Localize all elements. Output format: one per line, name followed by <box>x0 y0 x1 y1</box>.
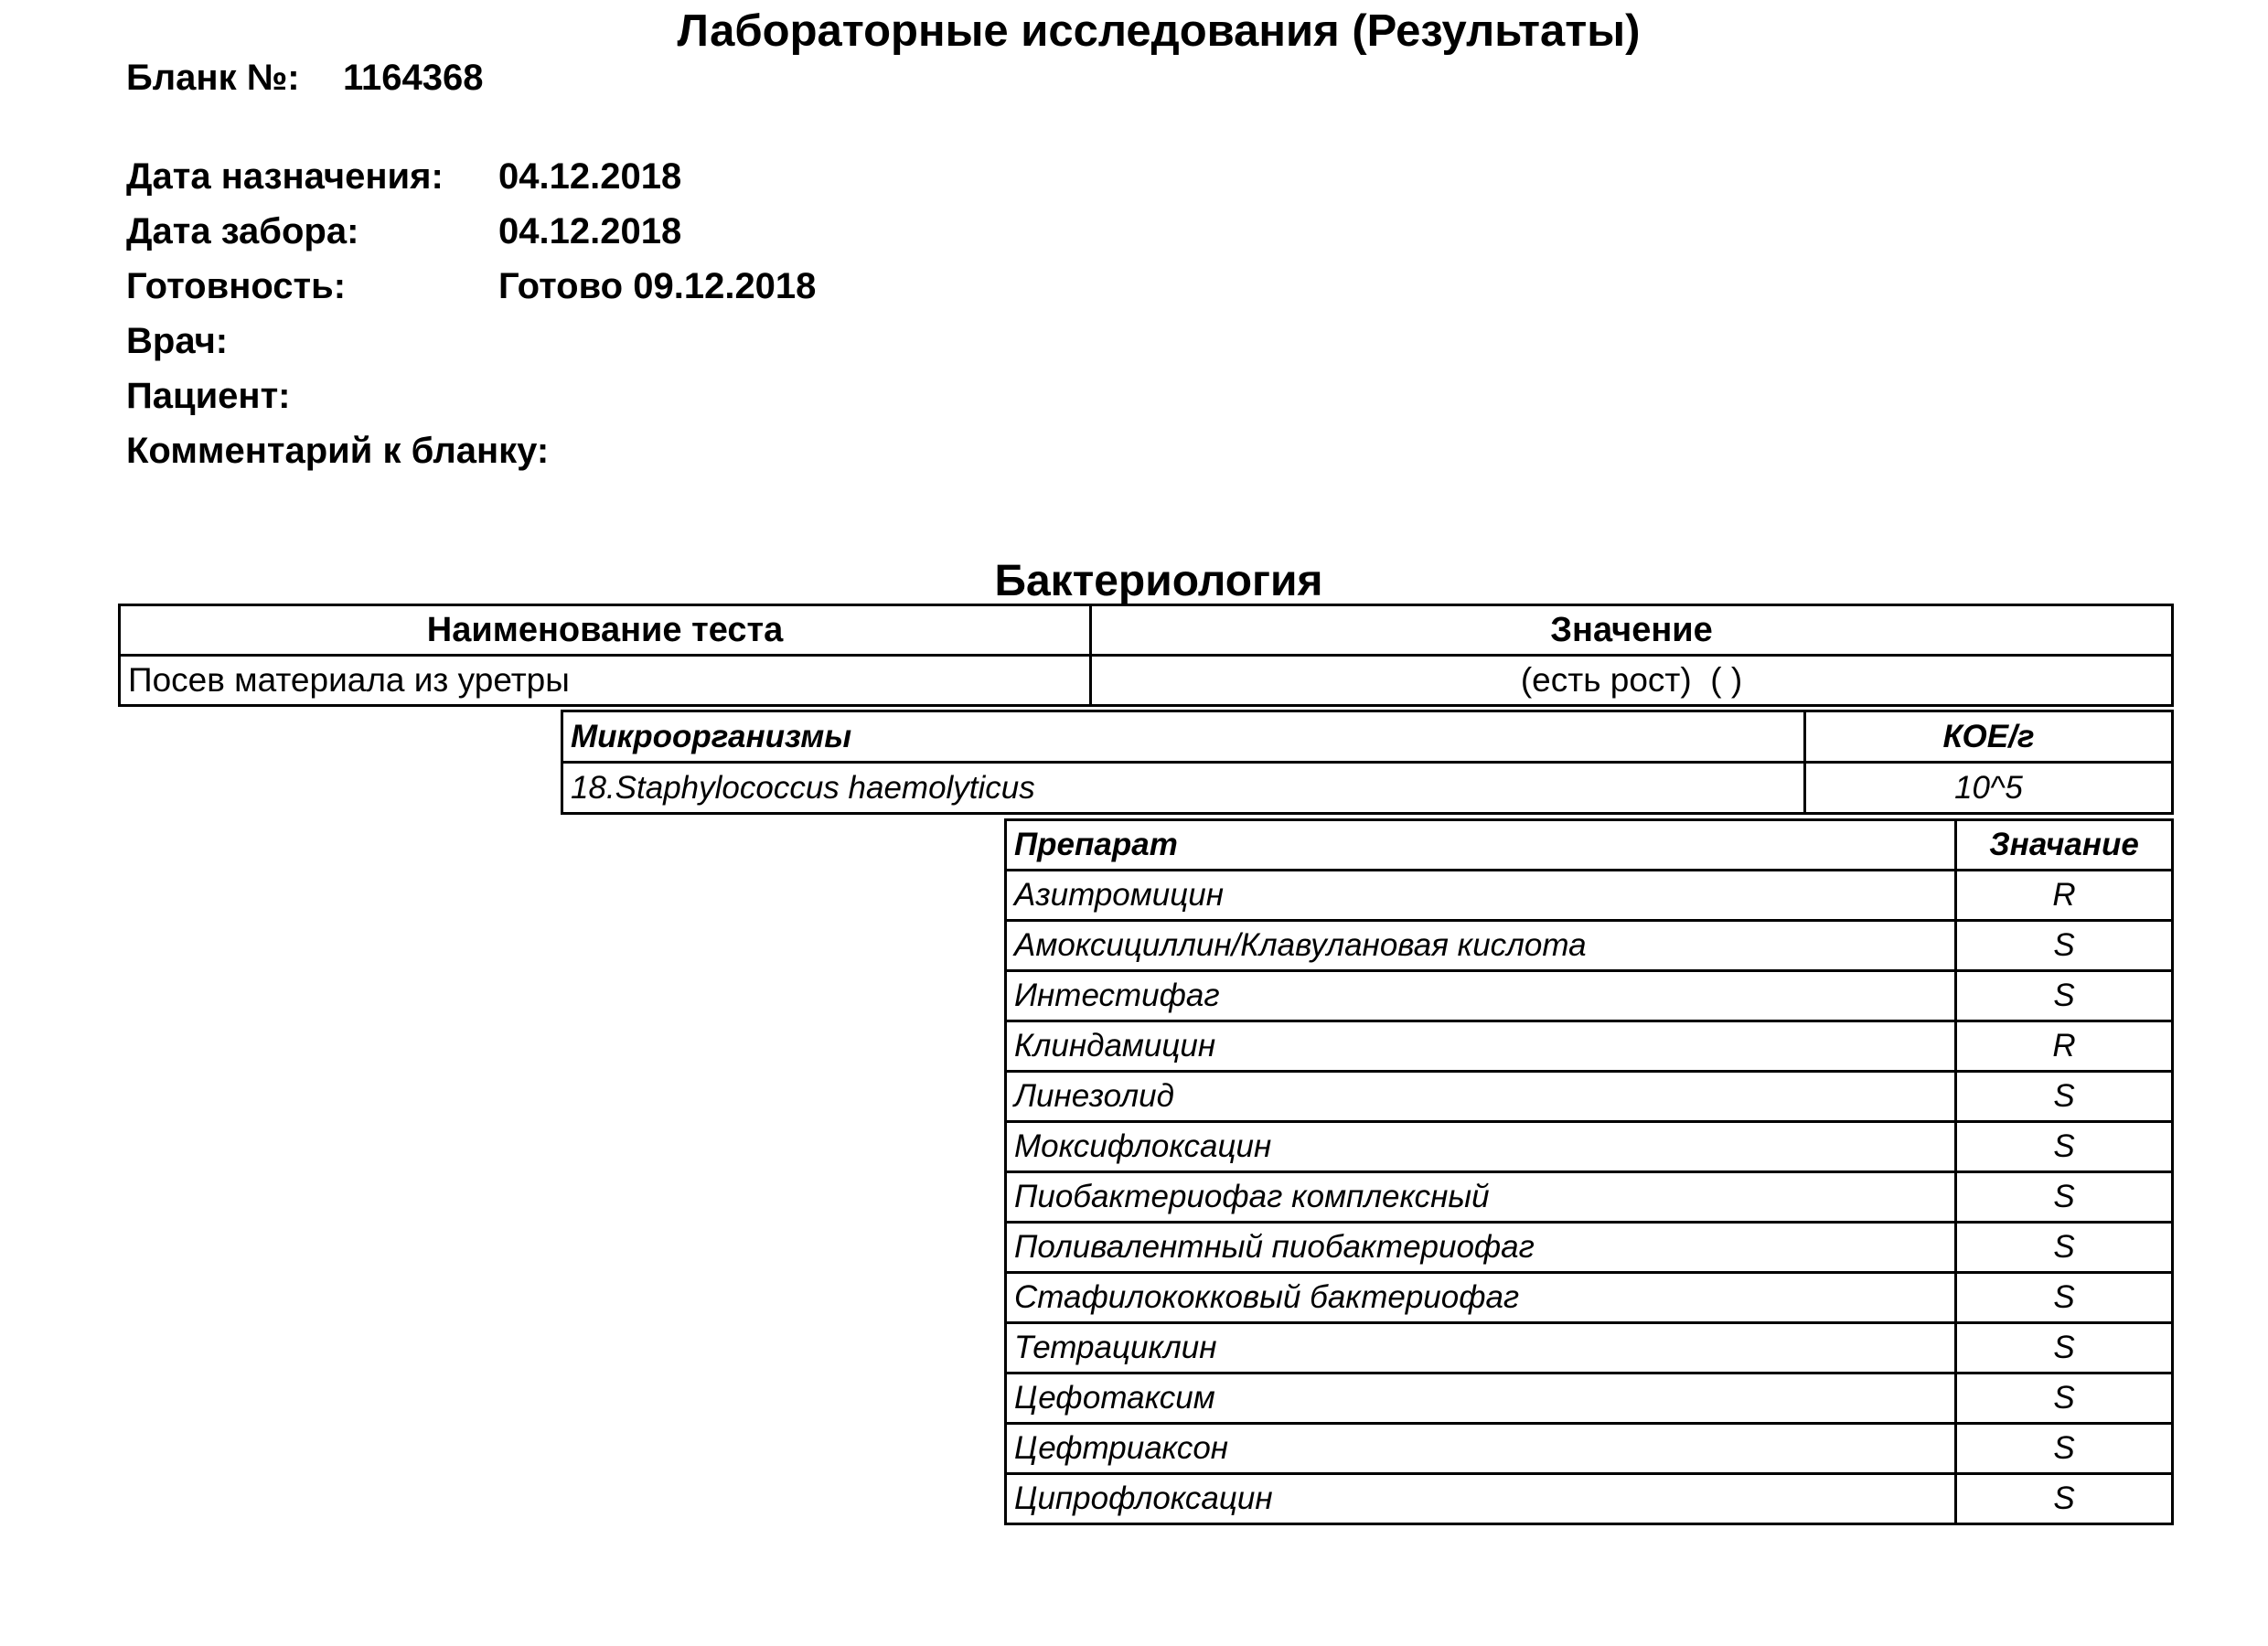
test-value: (есть рост) ( ) <box>1091 656 2173 706</box>
blank-number-value: 1164368 <box>343 55 484 101</box>
susceptibility-result: R <box>1956 871 2173 921</box>
patient-label: Пациент: <box>126 373 291 419</box>
susceptibility-result: S <box>1956 1474 2173 1524</box>
susceptibility-result: S <box>1956 1323 2173 1373</box>
drug-name: Цефтриаксон <box>1006 1424 1956 1474</box>
drug-name: Поливалентный пиобактериофаг <box>1006 1223 1956 1273</box>
column-header-value: Значение <box>1091 605 2173 656</box>
test-table: Наименование теста Значение Посев матери… <box>118 604 2174 707</box>
table-row: ИнтестифагS <box>1006 971 2173 1021</box>
table-row: ЛинезолидS <box>1006 1072 2173 1122</box>
microorganism-table-header: Микроорганизмы КОЕ/г <box>562 711 2173 763</box>
drug-name: Клиндамицин <box>1006 1021 1956 1072</box>
table-row: МоксифлоксацинS <box>1006 1122 2173 1172</box>
susceptibility-result: R <box>1956 1021 2173 1072</box>
readiness-value: Готово 09.12.2018 <box>498 263 816 309</box>
drug-name: Моксифлоксацин <box>1006 1122 1956 1172</box>
susceptibility-result: S <box>1956 1072 2173 1122</box>
doctor-label: Врач: <box>126 318 228 364</box>
table-row: 18.Staphylococcus haemolyticus 10^5 <box>562 763 2173 814</box>
table-row: КлиндамицинR <box>1006 1021 2173 1072</box>
table-row: Посев материала из уретры (есть рост) ( … <box>120 656 2173 706</box>
antibiotic-table-header: Препарат Значание <box>1006 820 2173 871</box>
blank-number-label: Бланк №: <box>126 55 300 101</box>
table-row: ТетрациклинS <box>1006 1323 2173 1373</box>
table-row: Стафилококковый бактериофагS <box>1006 1273 2173 1323</box>
antibiotic-table: Препарат Значание АзитромицинRАмоксицилл… <box>1004 818 2174 1525</box>
drug-name: Пиобактериофаг комплексный <box>1006 1172 1956 1223</box>
comment-label: Комментарий к бланку: <box>126 428 549 474</box>
column-header-result: Значание <box>1956 820 2173 871</box>
drug-name: Ципрофлоксацин <box>1006 1474 1956 1524</box>
collection-date-value: 04.12.2018 <box>498 208 681 254</box>
microorganism-cfu: 10^5 <box>1805 763 2173 814</box>
section-title: Бактериология <box>0 556 2268 607</box>
table-row: АзитромицинR <box>1006 871 2173 921</box>
column-header-test-name: Наименование теста <box>120 605 1091 656</box>
drug-name: Цефотаксим <box>1006 1373 1956 1424</box>
table-row: ЦипрофлоксацинS <box>1006 1474 2173 1524</box>
susceptibility-result: S <box>1956 1424 2173 1474</box>
susceptibility-result: S <box>1956 921 2173 971</box>
drug-name: Азитромицин <box>1006 871 1956 921</box>
drug-name: Тетрациклин <box>1006 1323 1956 1373</box>
test-table-header: Наименование теста Значение <box>120 605 2173 656</box>
order-date-label: Дата назначения: <box>126 154 444 199</box>
readiness-label: Готовность: <box>126 263 346 309</box>
microorganism-name: 18.Staphylococcus haemolyticus <box>562 763 1805 814</box>
column-header-drug: Препарат <box>1006 820 1956 871</box>
drug-name: Линезолид <box>1006 1072 1956 1122</box>
susceptibility-result: S <box>1956 1172 2173 1223</box>
collection-date-label: Дата забора: <box>126 208 358 254</box>
drug-name: Интестифаг <box>1006 971 1956 1021</box>
drug-name: Амоксициллин/Клавулановая кислота <box>1006 921 1956 971</box>
column-header-microorganisms: Микроорганизмы <box>562 711 1805 763</box>
document-title: Лабораторные исследования (Результаты) <box>0 4 2268 59</box>
order-date-value: 04.12.2018 <box>498 154 681 199</box>
susceptibility-result: S <box>1956 971 2173 1021</box>
table-row: Поливалентный пиобактериофагS <box>1006 1223 2173 1273</box>
test-name: Посев материала из уретры <box>120 656 1091 706</box>
microorganism-table: Микроорганизмы КОЕ/г 18.Staphylococcus h… <box>561 710 2174 815</box>
drug-name: Стафилококковый бактериофаг <box>1006 1273 1956 1323</box>
table-row: ЦефтриаксонS <box>1006 1424 2173 1474</box>
susceptibility-result: S <box>1956 1273 2173 1323</box>
table-row: ЦефотаксимS <box>1006 1373 2173 1424</box>
column-header-cfu: КОЕ/г <box>1805 711 2173 763</box>
susceptibility-result: S <box>1956 1373 2173 1424</box>
susceptibility-result: S <box>1956 1122 2173 1172</box>
table-row: Амоксициллин/Клавулановая кислотаS <box>1006 921 2173 971</box>
susceptibility-result: S <box>1956 1223 2173 1273</box>
table-row: Пиобактериофаг комплексныйS <box>1006 1172 2173 1223</box>
